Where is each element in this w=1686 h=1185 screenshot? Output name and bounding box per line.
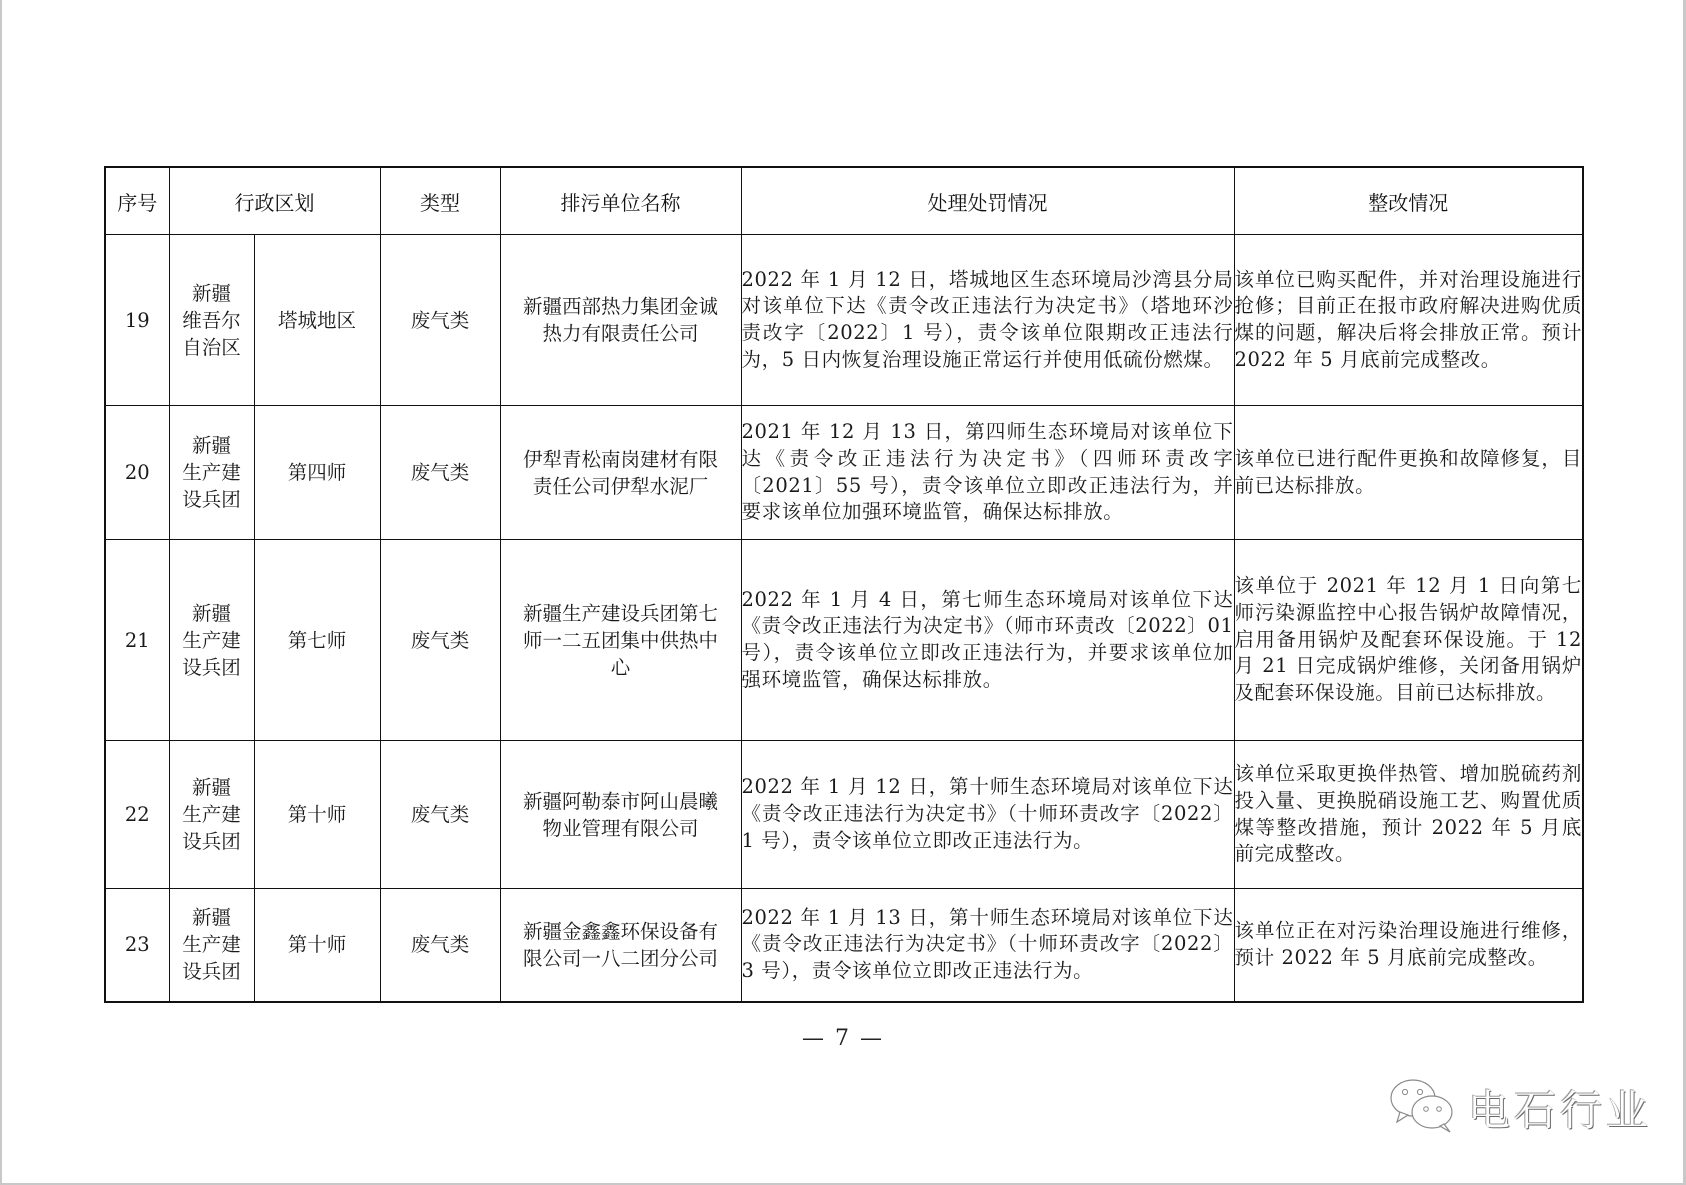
province-line: 新疆: [170, 904, 254, 931]
cell-unit-name: 新疆西部热力集团金诚热力有限责任公司: [500, 235, 741, 406]
province-line: 设兵团: [170, 654, 254, 681]
cell-district: 塔城地区: [254, 235, 380, 406]
cell-rectification: 该单位正在对污染治理设施进行维修，预计 2022 年 5 月底前完成整改。: [1234, 889, 1583, 1002]
province-line: 设兵团: [170, 486, 254, 513]
province-line: 自治区: [170, 334, 254, 361]
cell-district: 第十师: [254, 889, 380, 1002]
table-header-row: 序号 行政区划 类型 排污单位名称 处理处罚情况 整改情况: [105, 167, 1583, 235]
watermark-text: 电石行业: [1468, 1078, 1652, 1138]
header-penalty: 处理处罚情况: [741, 167, 1234, 235]
province-line: 新疆: [170, 774, 254, 801]
province-line: 新疆: [170, 280, 254, 307]
cell-penalty: 2022 年 1 月 13 日，第十师生态环境局对该单位下达《责令改正违法行为决…: [741, 889, 1234, 1002]
province-line: 设兵团: [170, 828, 254, 855]
wechat-icon: [1388, 1076, 1458, 1140]
province-line: 维吾尔: [170, 307, 254, 334]
cell-rectification: 该单位已进行配件更换和故障修复，目前已达标排放。: [1234, 406, 1583, 540]
cell-unit-name: 新疆金鑫鑫环保设备有限公司一八二团分公司: [500, 889, 741, 1002]
cell-province: 新疆 生产建 设兵团: [169, 406, 254, 540]
cell-district: 第四师: [254, 406, 380, 540]
cell-type: 废气类: [380, 889, 500, 1002]
cell-province: 新疆 生产建 设兵团: [169, 741, 254, 889]
header-unit-name: 排污单位名称: [500, 167, 741, 235]
cell-type: 废气类: [380, 406, 500, 540]
cell-penalty: 2022 年 1 月 12 日，塔城地区生态环境局沙湾县分局对该单位下达《责令改…: [741, 235, 1234, 406]
cell-seq: 22: [105, 741, 169, 889]
province-line: 生产建: [170, 627, 254, 654]
cell-province: 新疆 生产建 设兵团: [169, 540, 254, 741]
province-line: 新疆: [170, 600, 254, 627]
cell-district: 第七师: [254, 540, 380, 741]
province-line: 生产建: [170, 801, 254, 828]
header-seq: 序号: [105, 167, 169, 235]
table-row: 23 新疆 生产建 设兵团 第十师 废气类 新疆金鑫鑫环保设备有限公司一八二团分…: [105, 889, 1583, 1002]
table-row: 21 新疆 生产建 设兵团 第七师 废气类 新疆生产建设兵团第七师一二五团集中供…: [105, 540, 1583, 741]
cell-type: 废气类: [380, 540, 500, 741]
page-number: — 7 —: [0, 1026, 1686, 1051]
cell-seq: 19: [105, 235, 169, 406]
cell-province: 新疆 维吾尔 自治区: [169, 235, 254, 406]
penalty-table: 序号 行政区划 类型 排污单位名称 处理处罚情况 整改情况 19 新疆 维吾尔 …: [104, 166, 1584, 1003]
cell-unit-name: 新疆生产建设兵团第七师一二五团集中供热中心: [500, 540, 741, 741]
cell-penalty: 2021 年 12 月 13 日，第四师生态环境局对该单位下达《责令改正违法行为…: [741, 406, 1234, 540]
cell-penalty: 2022 年 1 月 12 日，第十师生态环境局对该单位下达《责令改正违法行为决…: [741, 741, 1234, 889]
header-rectification: 整改情况: [1234, 167, 1583, 235]
header-region: 行政区划: [169, 167, 380, 235]
cell-district: 第十师: [254, 741, 380, 889]
cell-unit-name: 新疆阿勒泰市阿山晨曦物业管理有限公司: [500, 741, 741, 889]
cell-unit-name: 伊犁青松南岗建材有限责任公司伊犁水泥厂: [500, 406, 741, 540]
cell-rectification: 该单位于 2021 年 12 月 1 日向第七师污染源监控中心报告锅炉故障情况，…: [1234, 540, 1583, 741]
province-line: 生产建: [170, 459, 254, 486]
table-row: 20 新疆 生产建 设兵团 第四师 废气类 伊犁青松南岗建材有限责任公司伊犁水泥…: [105, 406, 1583, 540]
cell-rectification: 该单位采取更换伴热管、增加脱硫药剂投入量、更换脱硝设施工艺、购置优质煤等整改措施…: [1234, 741, 1583, 889]
province-line: 生产建: [170, 931, 254, 958]
watermark: 电石行业: [1388, 1078, 1652, 1138]
cell-seq: 20: [105, 406, 169, 540]
province-line: 设兵团: [170, 958, 254, 985]
province-line: 新疆: [170, 432, 254, 459]
cell-seq: 21: [105, 540, 169, 741]
page-edge-left: [0, 0, 2, 1185]
cell-province: 新疆 生产建 设兵团: [169, 889, 254, 1002]
cell-seq: 23: [105, 889, 169, 1002]
cell-penalty: 2022 年 1 月 4 日，第七师生态环境局对该单位下达《责令改正违法行为决定…: [741, 540, 1234, 741]
cell-type: 废气类: [380, 741, 500, 889]
table-row: 19 新疆 维吾尔 自治区 塔城地区 废气类 新疆西部热力集团金诚热力有限责任公…: [105, 235, 1583, 406]
table-row: 22 新疆 生产建 设兵团 第十师 废气类 新疆阿勒泰市阿山晨曦物业管理有限公司…: [105, 741, 1583, 889]
header-type: 类型: [380, 167, 500, 235]
cell-type: 废气类: [380, 235, 500, 406]
cell-rectification: 该单位已购买配件，并对治理设施进行抢修；目前正在报市政府解决进购优质煤的问题，解…: [1234, 235, 1583, 406]
